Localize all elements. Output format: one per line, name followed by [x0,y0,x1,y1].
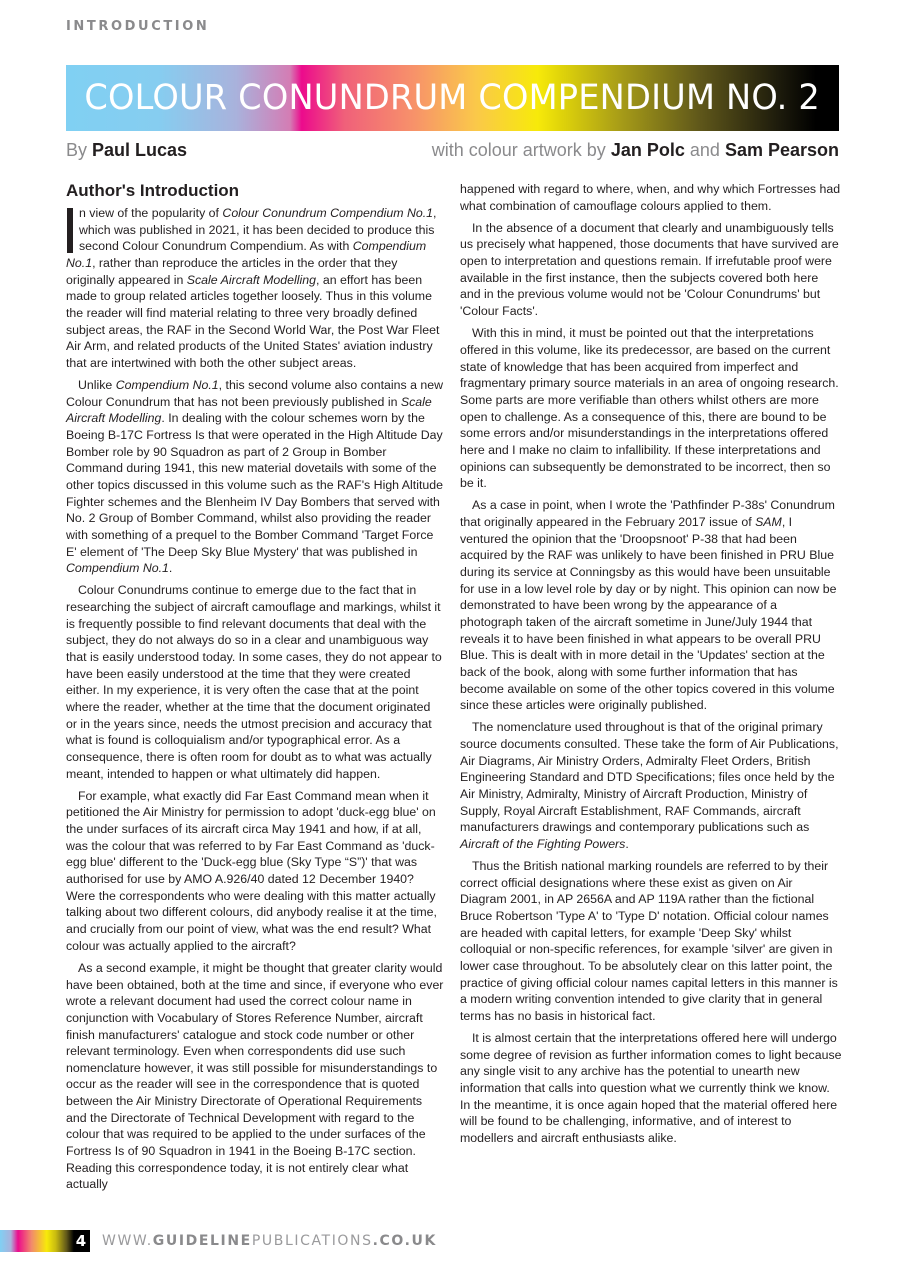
paragraph: With this in mind, it must be pointed ou… [460,325,842,492]
column-right: happened with regard to where, when, and… [460,181,842,1152]
paragraph: It is almost certain that the interpreta… [460,1030,842,1147]
paragraph: Thus the British national marking rounde… [460,858,842,1025]
paragraph: The nomenclature used throughout is that… [460,719,842,852]
publisher-url[interactable]: WWW.GUIDELINEPUBLICATIONS.CO.UK [102,1233,437,1249]
drop-cap: I [67,208,73,253]
column-left: Author's Introduction In view of the pop… [66,180,444,1199]
author-credit: By Paul Lucas [66,140,187,161]
by-label: By [66,140,87,160]
artwork-prefix: with colour artwork by [432,140,606,160]
byline: By Paul Lucas with colour artwork by Jan… [66,140,839,164]
page-number: 4 [72,1230,90,1252]
paragraph: In view of the popularity of Colour Conu… [66,205,444,372]
paragraph: Unlike Compendium No.1, this second volu… [66,377,444,577]
paragraph-continued: happened with regard to where, when, and… [460,181,842,214]
artist-name: Jan Polc [611,140,685,160]
author-name: Paul Lucas [92,140,187,160]
paragraph: Colour Conundrums continue to emerge due… [66,582,444,782]
paragraph: As a second example, it might be thought… [66,960,444,1193]
artwork-credit: with colour artwork by Jan Polc and Sam … [432,140,839,161]
and-label: and [690,140,720,160]
paragraph: For example, what exactly did Far East C… [66,788,444,955]
section-label: INTRODUCTION [66,19,209,34]
artist-name: Sam Pearson [725,140,839,160]
title-banner: COLOUR CONUNDRUM COMPENDIUM NO. 2 [66,65,839,131]
paragraph: In the absence of a document that clearl… [460,220,842,320]
article-heading: Author's Introduction [66,180,444,202]
paragraph: As a case in point, when I wrote the 'Pa… [460,497,842,714]
page-title: COLOUR CONUNDRUM COMPENDIUM NO. 2 [85,78,821,118]
